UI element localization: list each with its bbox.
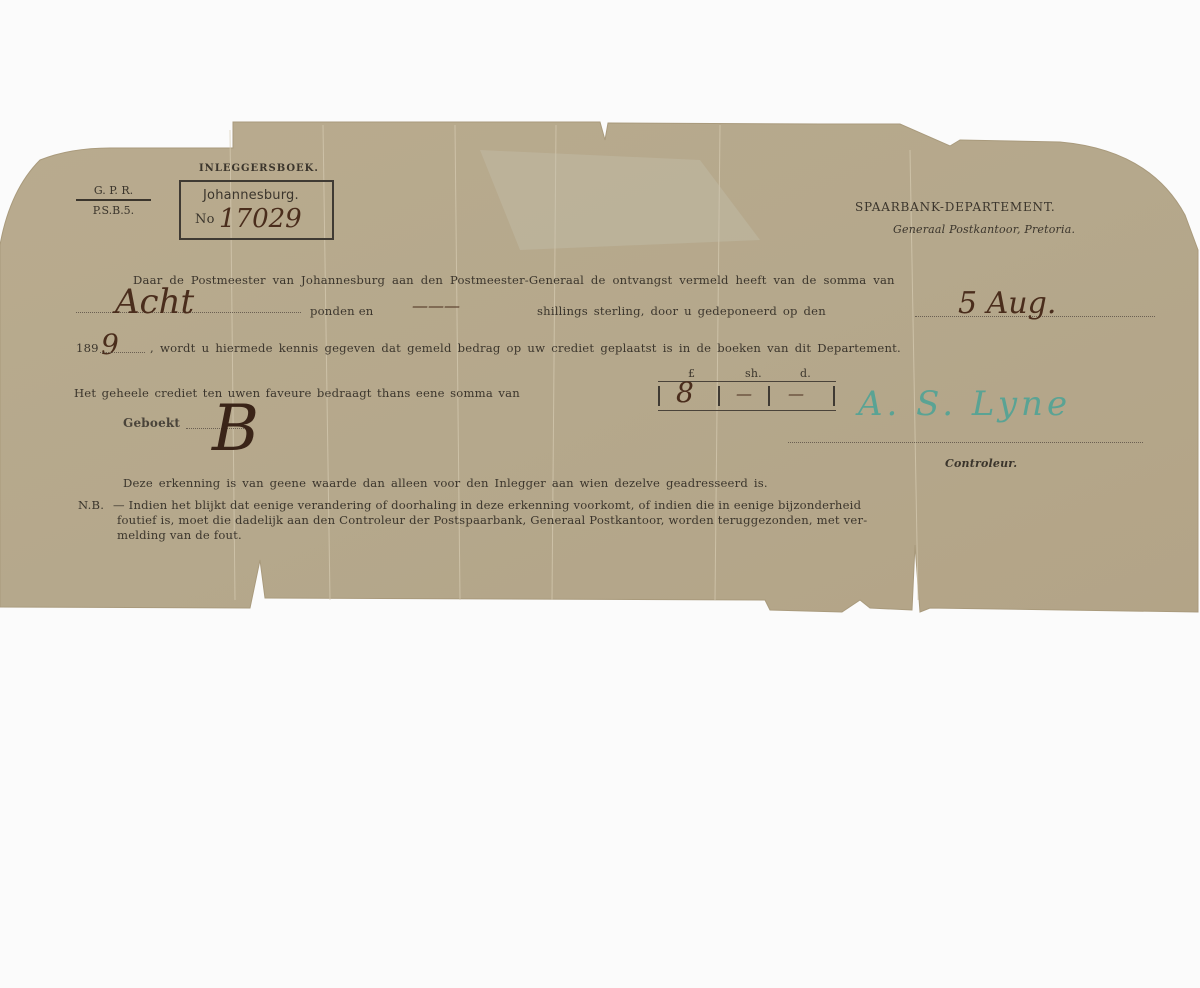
form-code-line2: P.S.B.5.: [76, 204, 151, 217]
body-line-1: Daar de Postmeester van Johannesburg aan…: [133, 273, 895, 287]
geboekt-label: Geboekt: [123, 416, 180, 430]
date-handwritten: 5 Aug.: [958, 286, 1056, 321]
controleur-line: [788, 442, 1143, 443]
amount-box: 8 — —: [658, 381, 836, 411]
amount-pence-value: —: [788, 384, 804, 403]
form-code-line1: G. P. R.: [76, 184, 151, 197]
form-code-rule: [76, 199, 151, 201]
office-subtitle: Generaal Postkantoor, Pretoria.: [893, 223, 1075, 236]
amount-pounds-value: 8: [676, 376, 694, 409]
body-line-3: , wordt u hiermede kennis gegeven dat ge…: [150, 341, 901, 355]
stamp-label: INLEGGERSBOEK.: [199, 163, 319, 174]
geboekt-initial-handwritten: B: [212, 392, 259, 466]
postal-savings-receipt: G. P. R. P.S.B.5. INLEGGERSBOEK. Johanne…: [0, 0, 1200, 640]
year-line: [100, 352, 145, 353]
shillings-handwritten: ———: [412, 296, 460, 315]
year-prefix: 189: [76, 341, 99, 355]
shillings-label: shillings sterling, door u gedeponeerd o…: [537, 304, 826, 318]
amount-separator: [658, 386, 660, 406]
amount-shillings-value: —: [736, 384, 752, 403]
controleur-label: Controleur.: [945, 457, 1017, 470]
stamp-number-handwritten: 17029: [219, 204, 302, 234]
amount-separator: [833, 386, 835, 406]
amount-header-pence: d.: [800, 367, 811, 380]
stamp-city: Johannesburg.: [203, 188, 299, 203]
year-handwritten: 9: [101, 328, 119, 361]
amount-header-shillings: sh.: [745, 367, 762, 380]
amount-words-handwritten: Acht: [115, 282, 194, 322]
nb-line-2: foutief is, moet die dadelijk aan den Co…: [117, 513, 867, 527]
body-line-4: Het geheele crediet ten uwen faveure bed…: [74, 386, 520, 400]
nb-line-3: melding van de fout.: [117, 528, 242, 542]
ponden-label: ponden en: [310, 304, 373, 318]
stamp-number-prefix: No: [195, 212, 215, 227]
amount-separator: [768, 386, 770, 406]
controleur-signature: A. S. Lyne: [858, 384, 1071, 424]
nb-label: N.B.: [78, 498, 104, 512]
amount-separator: [718, 386, 720, 406]
department-title: SPAARBANK-DEPARTEMENT.: [855, 200, 1056, 214]
inleggersboek-stamp: Johannesburg. No 17029: [179, 180, 334, 240]
footer-note: Deze erkenning is van geene waarde dan a…: [123, 476, 768, 490]
nb-line-1: — Indien het blijkt dat eenige veranderi…: [113, 498, 861, 512]
form-code: G. P. R. P.S.B.5.: [76, 184, 151, 217]
